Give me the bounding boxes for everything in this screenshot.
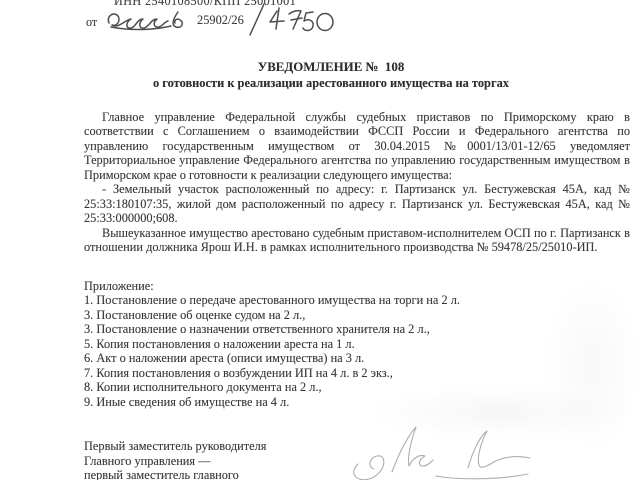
signer-title-line: Первый заместитель руководителя: [84, 439, 266, 454]
paragraph-arrest: Вышеуказанное имущество арестовано судеб…: [84, 226, 630, 255]
attachment-item: 5. Копия постановления о наложении арест…: [84, 337, 460, 352]
paragraph-property: - Земельный участок расположенный по адр…: [84, 182, 630, 225]
attachment-item: 1. Постановление о передаче арестованног…: [84, 293, 460, 308]
attachment-item: 7. Копия постановления о возбуждении ИП …: [84, 366, 460, 381]
signer-title-line: первый заместитель главного: [84, 468, 266, 480]
document-subtitle: о готовности к реализации арестованного …: [30, 76, 632, 91]
signer-title-block: Первый заместитель руководителя Главного…: [84, 439, 266, 480]
attachment-item: 9. Иные сведения об имуществе на 4 л.: [84, 395, 460, 410]
attachment-item: 3. Постановление об оценке судом на 2 л.…: [84, 308, 460, 323]
from-label: от: [86, 15, 97, 30]
handwritten-date-scribble: [102, 7, 196, 35]
document-title: УВЕДОМЛЕНИЕ № 108: [30, 60, 632, 75]
attachment-item: 6. Акт о наложении ареста (описи имущест…: [84, 351, 460, 366]
attachment-item: 8. Копии исполнительного документа на 2 …: [84, 380, 460, 395]
attachment-label: Приложение:: [84, 279, 154, 294]
paragraph-intro: Главное управление Федеральной службы су…: [84, 110, 630, 182]
handwritten-number-scribble: [247, 1, 337, 39]
attachment-item: 3. Постановление о назначении ответствен…: [84, 322, 460, 337]
attachment-list: 1. Постановление о передаче арестованног…: [84, 293, 460, 409]
document-page: ИНН 2540108500/КПП 25001001 от 25902/26 …: [0, 0, 640, 480]
handwritten-signature: [338, 420, 578, 480]
document-body: Главное управление Федеральной службы су…: [84, 110, 630, 255]
outgoing-number: 25902/26: [197, 13, 244, 28]
signer-title-line: Главного управления —: [84, 454, 266, 469]
